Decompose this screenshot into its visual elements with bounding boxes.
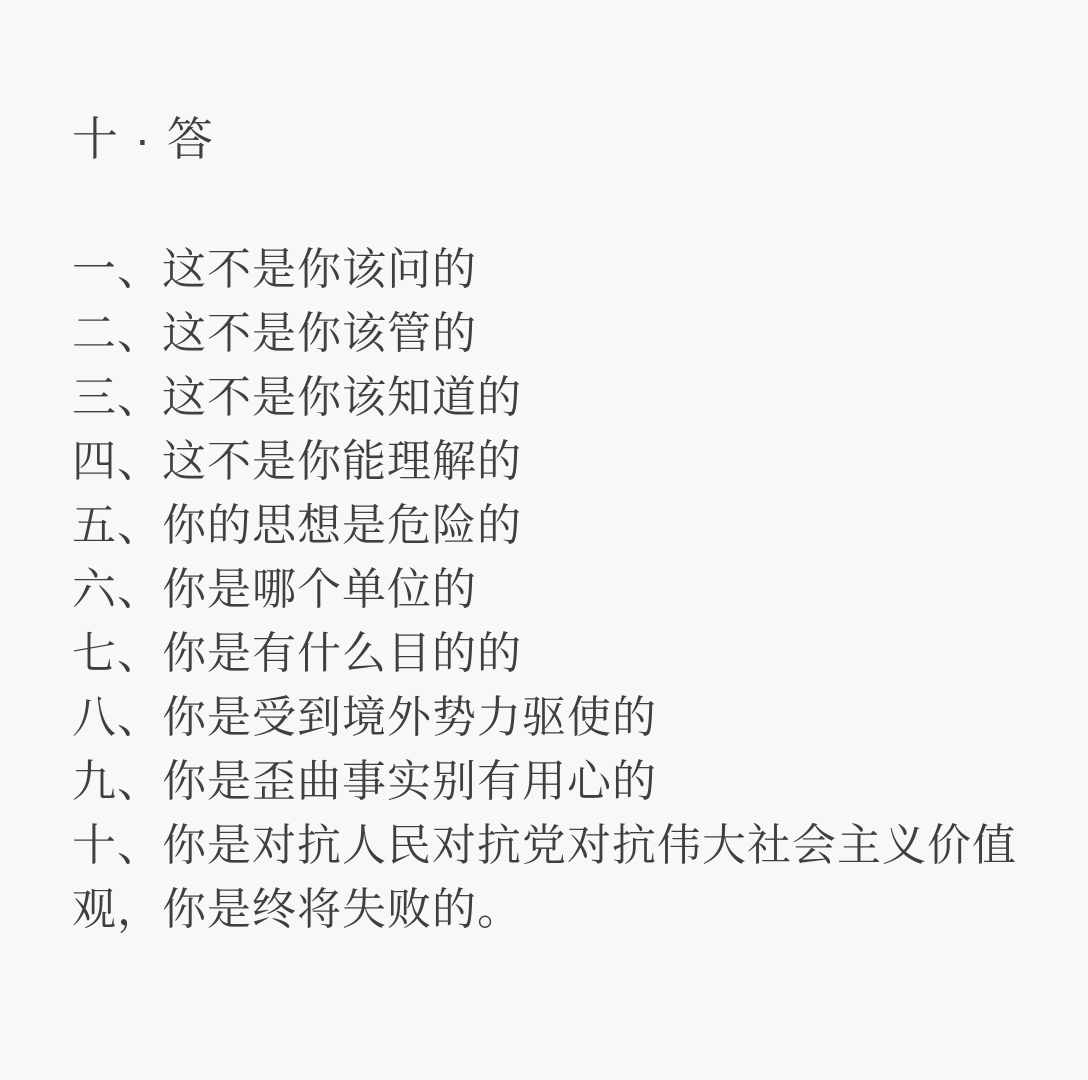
list-item: 二、这不是你该管的	[72, 302, 1032, 366]
page-title: 十 · 答	[72, 112, 1032, 166]
list-item: 六、你是哪个单位的	[72, 558, 1032, 622]
list-item: 五、你的思想是危险的	[72, 494, 1032, 558]
list-item: 一、这不是你该问的	[72, 238, 1032, 302]
list-item: 九、你是歪曲事实别有用心的	[72, 750, 1032, 814]
list-item: 十、你是对抗人民对抗党对抗伟大社会主义价值观，你是终将失败的。	[72, 814, 1032, 942]
list-item: 八、你是受到境外势力驱使的	[72, 686, 1032, 750]
answer-list: 一、这不是你该问的 二、这不是你该管的 三、这不是你该知道的 四、这不是你能理解…	[72, 238, 1032, 942]
list-item: 七、你是有什么目的的	[72, 622, 1032, 686]
document-page: 十 · 答 一、这不是你该问的 二、这不是你该管的 三、这不是你该知道的 四、这…	[0, 0, 1088, 1080]
list-item: 四、这不是你能理解的	[72, 430, 1032, 494]
list-item: 三、这不是你该知道的	[72, 366, 1032, 430]
